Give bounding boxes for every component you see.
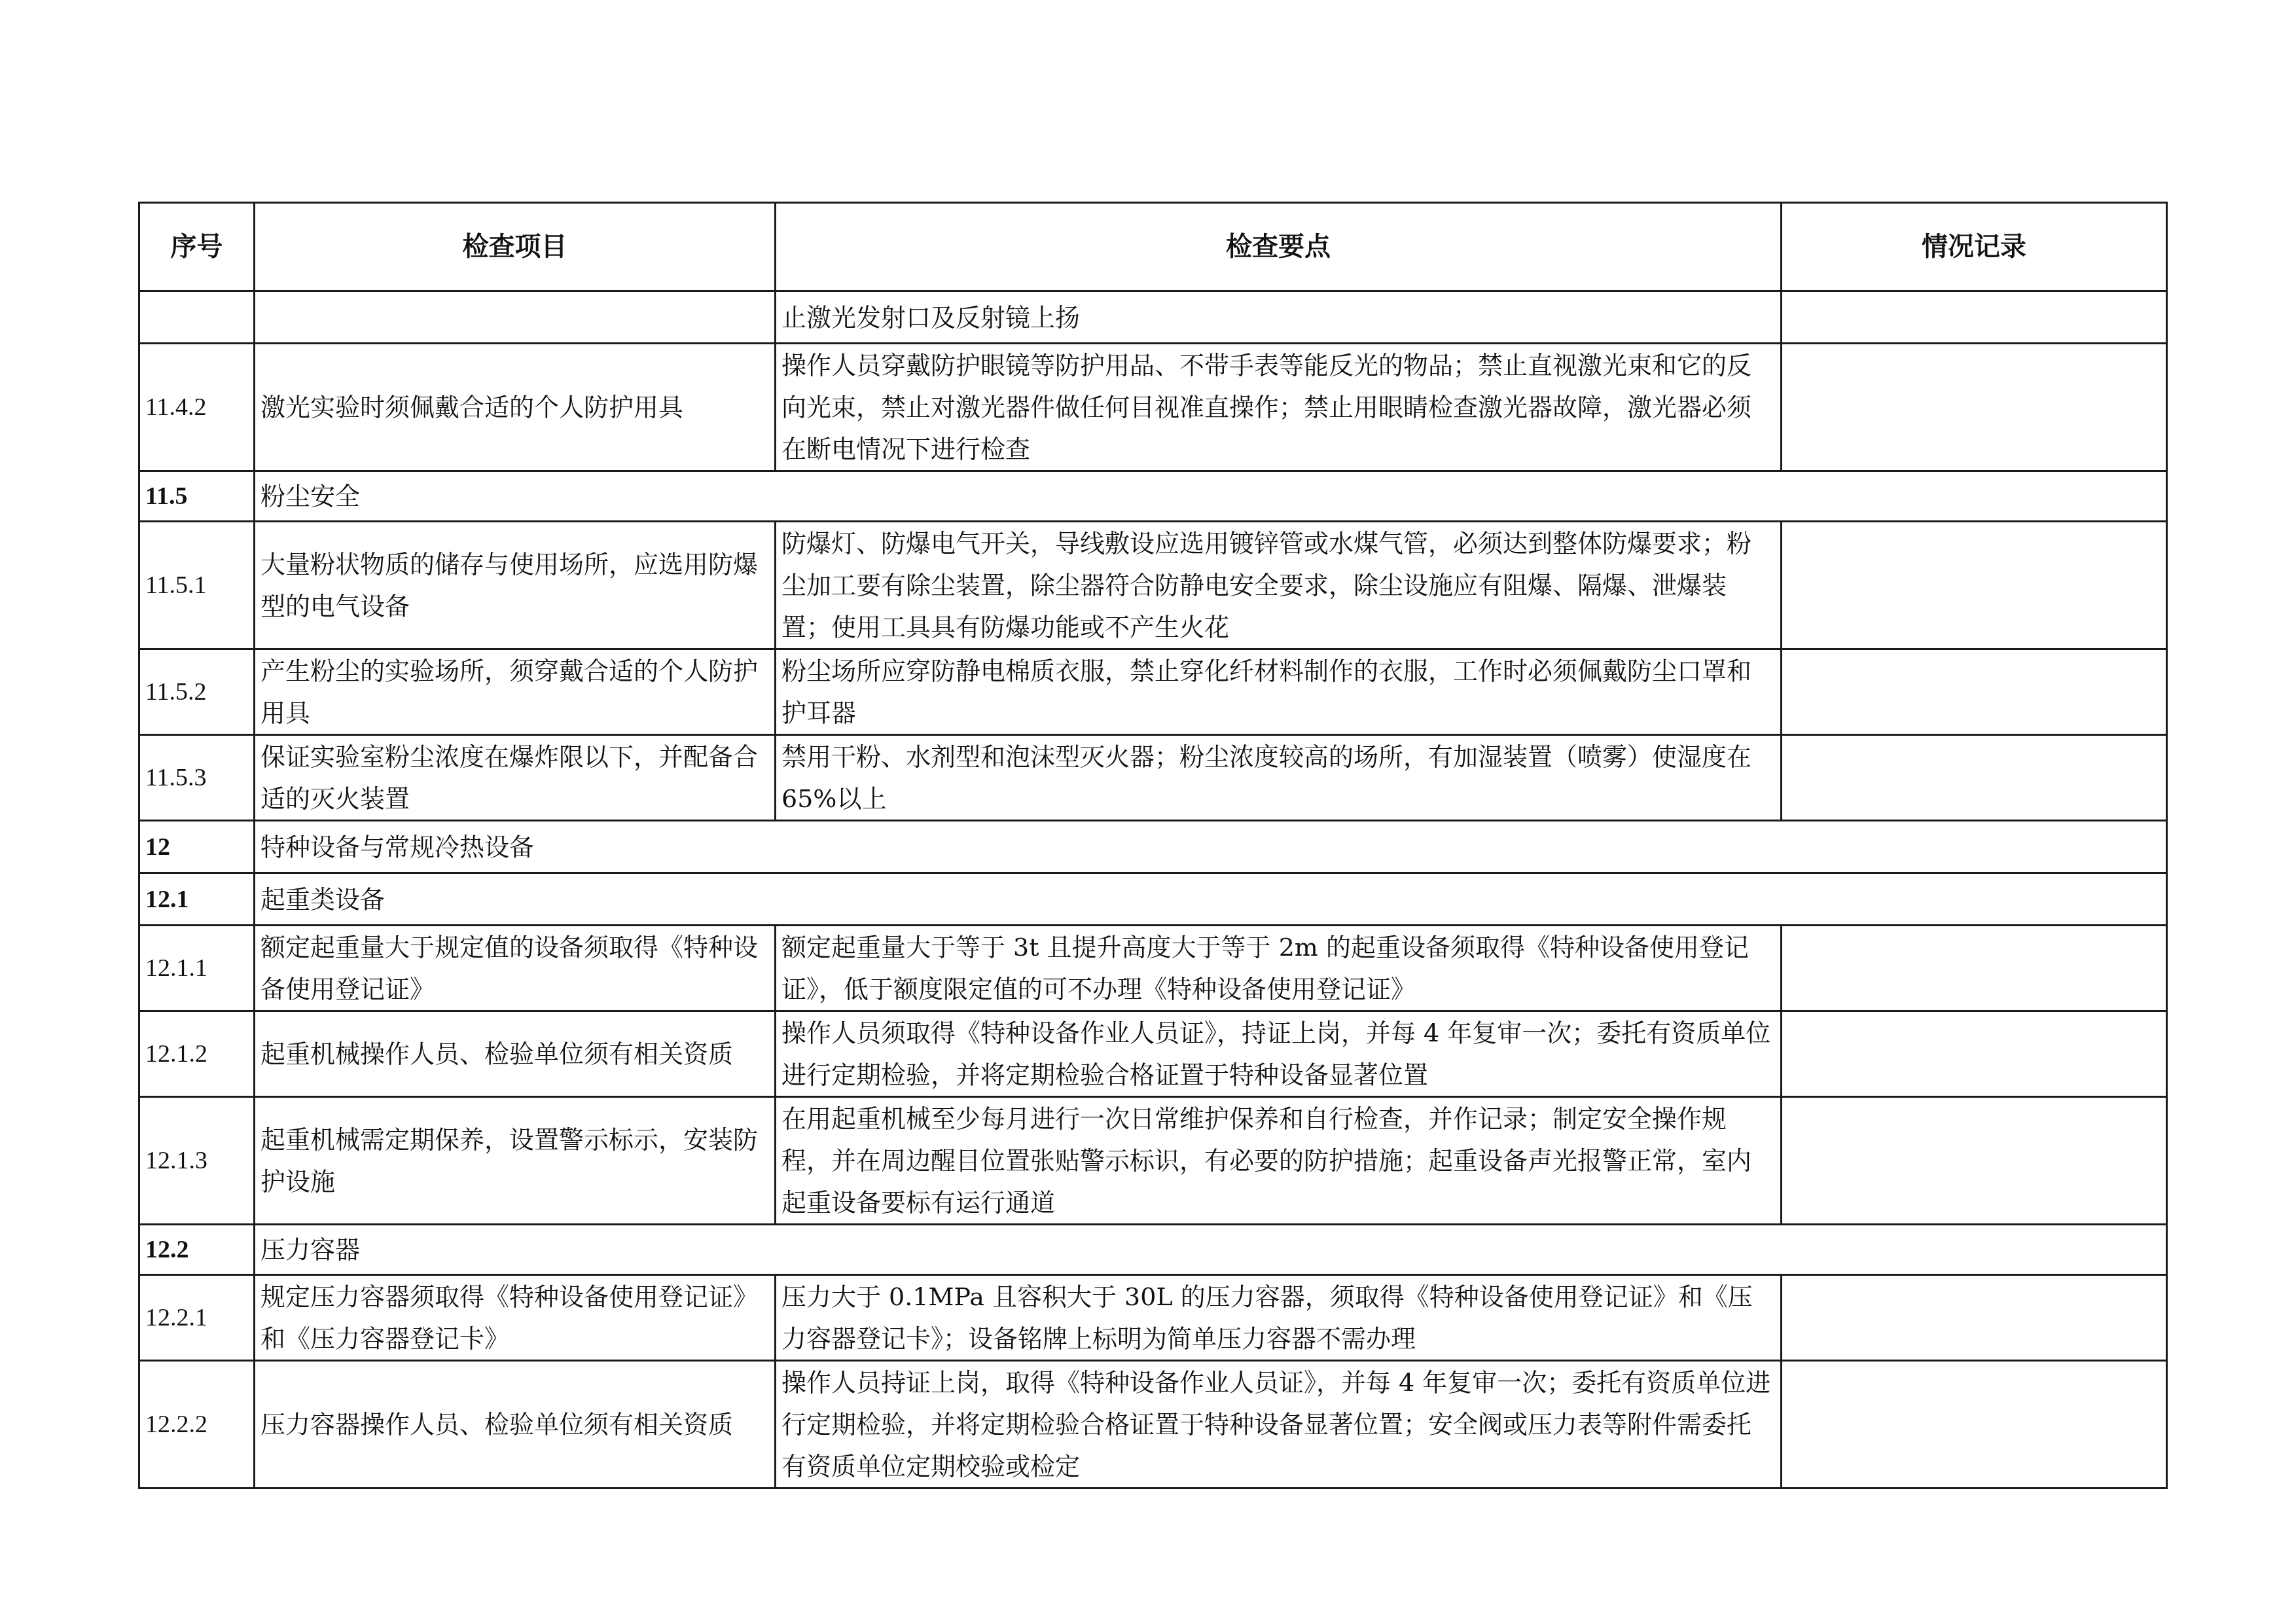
section-seq: 11.5: [139, 471, 255, 522]
section-seq: 12: [139, 821, 255, 873]
cell-item: [255, 291, 776, 344]
cell-points: 操作人员须取得《特种设备作业人员证》，持证上岗，并每 4 年复审一次；委托有资质…: [776, 1011, 1782, 1097]
cell-item: 产生粉尘的实验场所，须穿戴合适的个人防护用具: [255, 649, 776, 735]
cell-record[interactable]: [1782, 291, 2167, 344]
cell-item: 额定起重量大于规定值的设备须取得《特种设备使用登记证》: [255, 926, 776, 1011]
cell-item: 压力容器操作人员、检验单位须有相关资质: [255, 1361, 776, 1489]
cell-item: 激光实验时须佩戴合适的个人防护用具: [255, 344, 776, 471]
cell-seq: 11.5.1: [139, 522, 255, 649]
section-row: 12.2 压力容器: [139, 1225, 2167, 1275]
section-row: 12.1 起重类设备: [139, 873, 2167, 926]
cell-record[interactable]: [1782, 1361, 2167, 1489]
cell-points: 额定起重量大于等于 3t 且提升高度大于等于 2m 的起重设备须取得《特种设备使…: [776, 926, 1782, 1011]
table-row: 12.2.1 规定压力容器须取得《特种设备使用登记证》和《压力容器登记卡》 压力…: [139, 1275, 2167, 1361]
table-row: 12.1.3 起重机械需定期保养，设置警示标示，安装防护设施 在用起重机械至少每…: [139, 1097, 2167, 1225]
header-points: 检查要点: [776, 203, 1782, 291]
cell-points: 在用起重机械至少每月进行一次日常维护保养和自行检查，并作记录；制定安全操作规程，…: [776, 1097, 1782, 1225]
cell-seq: 12.1.3: [139, 1097, 255, 1225]
cell-seq: 11.4.2: [139, 344, 255, 471]
cell-points: 禁用干粉、水剂型和泡沫型灭火器；粉尘浓度较高的场所，有加湿装置（喷雾）使湿度在 …: [776, 735, 1782, 821]
cell-record[interactable]: [1782, 1275, 2167, 1361]
cell-record[interactable]: [1782, 735, 2167, 821]
cell-record[interactable]: [1782, 926, 2167, 1011]
table-row: 11.5.3 保证实验室粉尘浓度在爆炸限以下，并配备合适的灭火装置 禁用干粉、水…: [139, 735, 2167, 821]
header-record: 情况记录: [1782, 203, 2167, 291]
table-row: 12.2.2 压力容器操作人员、检验单位须有相关资质 操作人员持证上岗，取得《特…: [139, 1361, 2167, 1489]
table-row: 11.5.1 大量粉状物质的储存与使用场所，应选用防爆型的电气设备 防爆灯、防爆…: [139, 522, 2167, 649]
section-row: 12 特种设备与常规冷热设备: [139, 821, 2167, 873]
inspection-table: 序号 检查项目 检查要点 情况记录 止激光发射口及反射镜上扬 11.4.2 激光…: [138, 202, 2168, 1489]
cell-points: 止激光发射口及反射镜上扬: [776, 291, 1782, 344]
cell-points: 操作人员穿戴防护眼镜等防护用品、不带手表等能反光的物品；禁止直视激光束和它的反向…: [776, 344, 1782, 471]
cell-seq: 12.1.1: [139, 926, 255, 1011]
section-title: 粉尘安全: [255, 471, 2167, 522]
cell-record[interactable]: [1782, 522, 2167, 649]
cell-item: 保证实验室粉尘浓度在爆炸限以下，并配备合适的灭火装置: [255, 735, 776, 821]
cell-seq: 11.5.3: [139, 735, 255, 821]
table-row: 11.4.2 激光实验时须佩戴合适的个人防护用具 操作人员穿戴防护眼镜等防护用品…: [139, 344, 2167, 471]
header-item: 检查项目: [255, 203, 776, 291]
cell-item: 大量粉状物质的储存与使用场所，应选用防爆型的电气设备: [255, 522, 776, 649]
cell-points: 压力大于 0.1MPa 且容积大于 30L 的压力容器，须取得《特种设备使用登记…: [776, 1275, 1782, 1361]
table-row: 12.1.2 起重机械操作人员、检验单位须有相关资质 操作人员须取得《特种设备作…: [139, 1011, 2167, 1097]
table-row: 11.5.2 产生粉尘的实验场所，须穿戴合适的个人防护用具 粉尘场所应穿防静电棉…: [139, 649, 2167, 735]
section-seq: 12.1: [139, 873, 255, 926]
cell-points: 操作人员持证上岗，取得《特种设备作业人员证》，并每 4 年复审一次；委托有资质单…: [776, 1361, 1782, 1489]
cell-record[interactable]: [1782, 649, 2167, 735]
section-title: 特种设备与常规冷热设备: [255, 821, 2167, 873]
cell-seq: 12.2.1: [139, 1275, 255, 1361]
cell-item: 起重机械操作人员、检验单位须有相关资质: [255, 1011, 776, 1097]
cell-seq: [139, 291, 255, 344]
cell-record[interactable]: [1782, 344, 2167, 471]
cell-item: 规定压力容器须取得《特种设备使用登记证》和《压力容器登记卡》: [255, 1275, 776, 1361]
cell-points: 粉尘场所应穿防静电棉质衣服，禁止穿化纤材料制作的衣服，工作时必须佩戴防尘口罩和护…: [776, 649, 1782, 735]
table-header-row: 序号 检查项目 检查要点 情况记录: [139, 203, 2167, 291]
cell-record[interactable]: [1782, 1011, 2167, 1097]
section-title: 压力容器: [255, 1225, 2167, 1275]
section-row: 11.5 粉尘安全: [139, 471, 2167, 522]
cell-seq: 12.2.2: [139, 1361, 255, 1489]
table-body: 止激光发射口及反射镜上扬 11.4.2 激光实验时须佩戴合适的个人防护用具 操作…: [139, 291, 2167, 1489]
cell-seq: 11.5.2: [139, 649, 255, 735]
section-title: 起重类设备: [255, 873, 2167, 926]
table-row: 止激光发射口及反射镜上扬: [139, 291, 2167, 344]
cell-points: 防爆灯、防爆电气开关，导线敷设应选用镀锌管或水煤气管，必须达到整体防爆要求；粉尘…: [776, 522, 1782, 649]
cell-record[interactable]: [1782, 1097, 2167, 1225]
header-seq: 序号: [139, 203, 255, 291]
table-row: 12.1.1 额定起重量大于规定值的设备须取得《特种设备使用登记证》 额定起重量…: [139, 926, 2167, 1011]
cell-seq: 12.1.2: [139, 1011, 255, 1097]
section-seq: 12.2: [139, 1225, 255, 1275]
cell-item: 起重机械需定期保养，设置警示标示，安装防护设施: [255, 1097, 776, 1225]
